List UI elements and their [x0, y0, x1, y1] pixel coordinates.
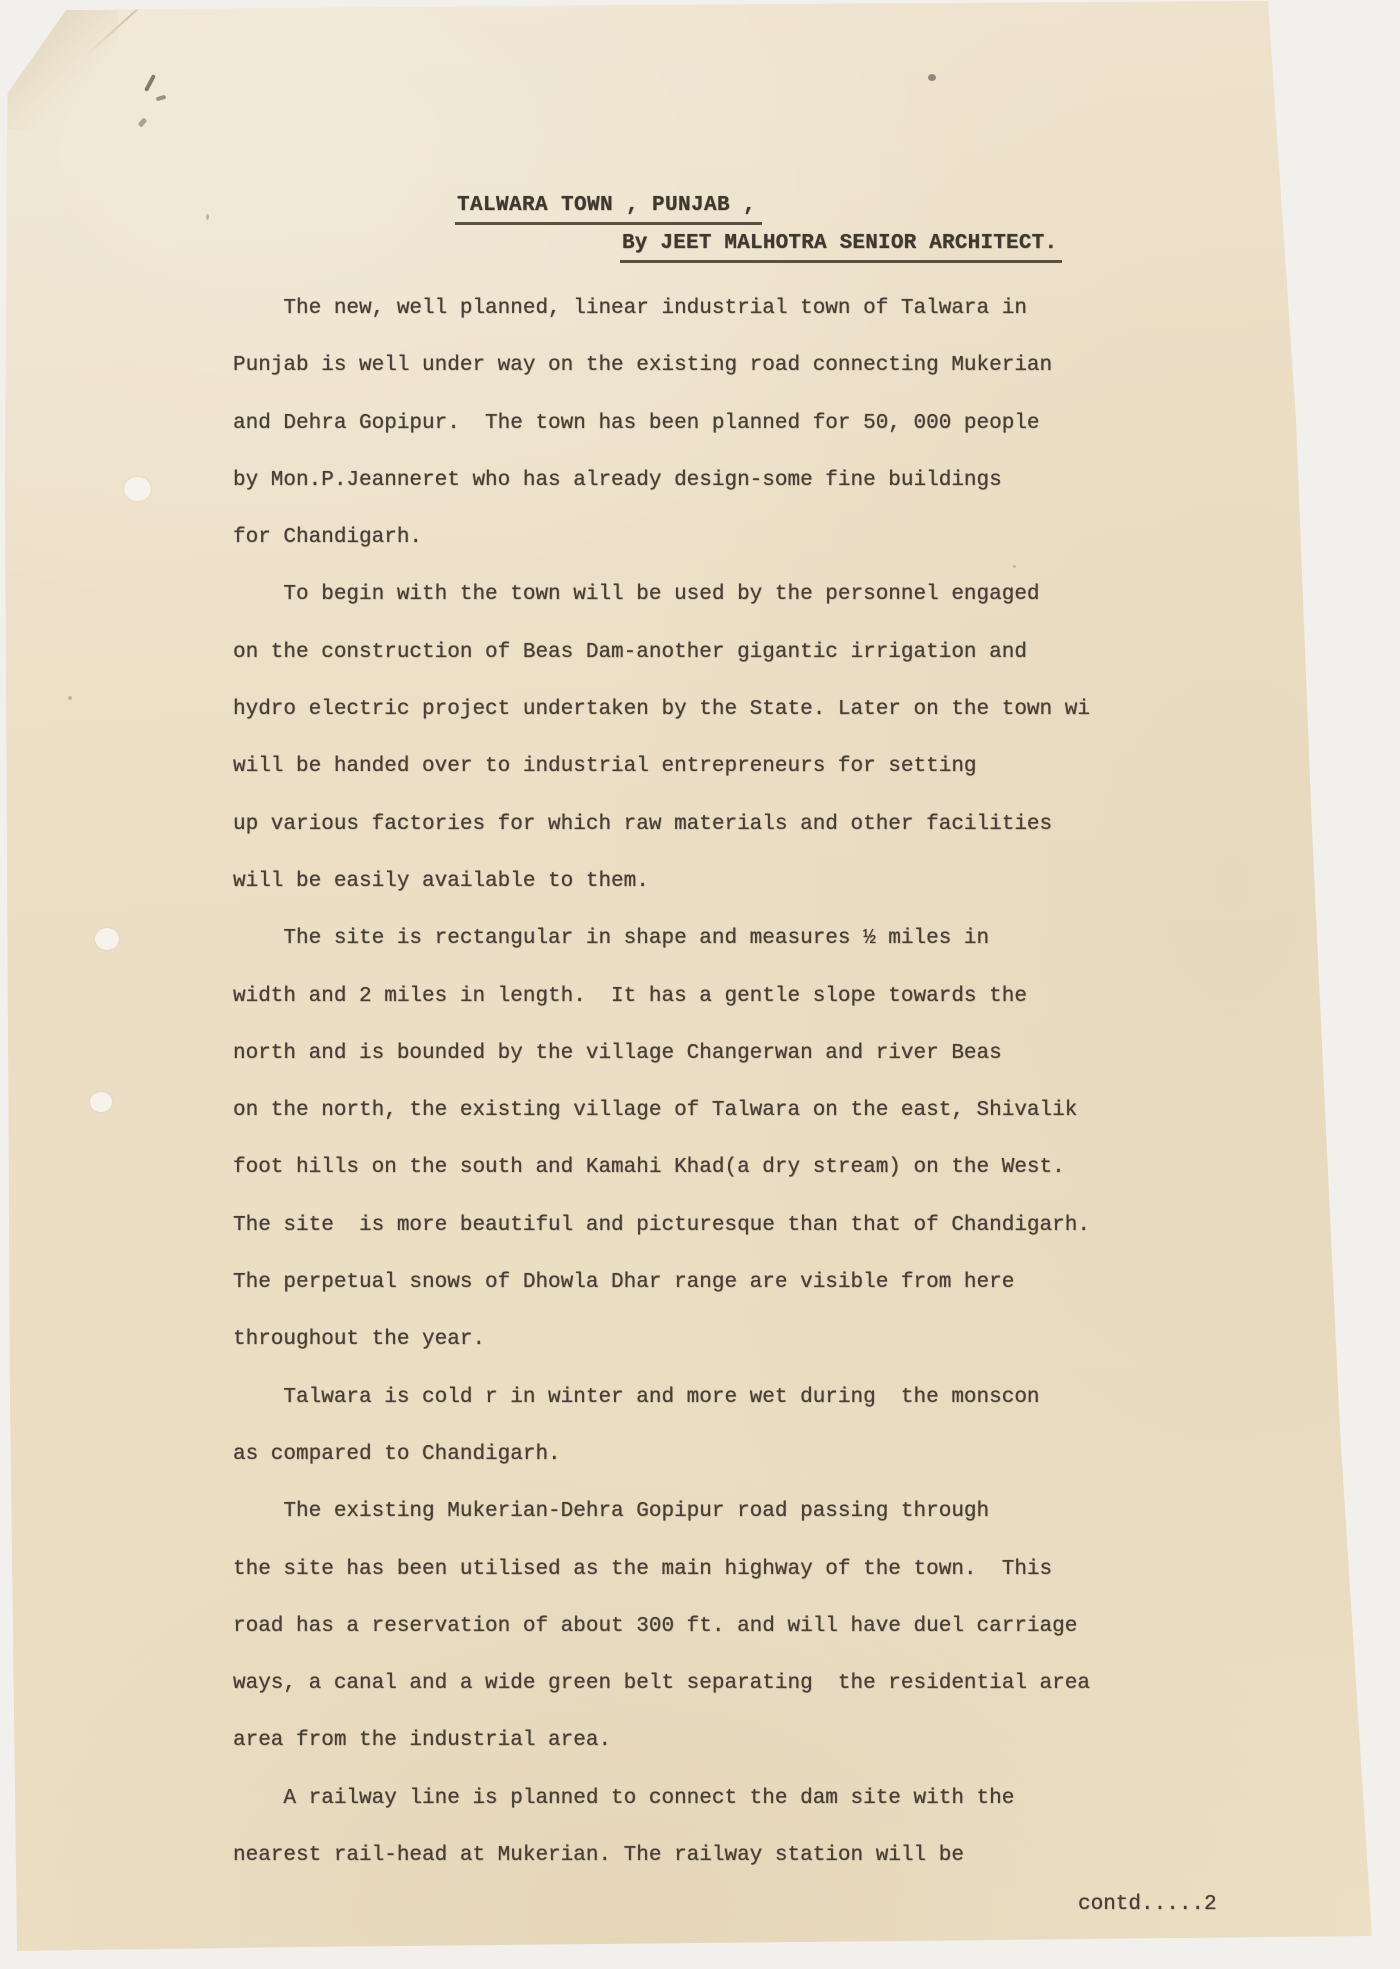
document-page: TALWARA TOWN , PUNJAB , By JEET MALHOTRA… [0, 0, 1400, 1969]
text-line: up various factories for which raw mater… [233, 796, 1333, 853]
scan-background: TALWARA TOWN , PUNJAB , By JEET MALHOTRA… [0, 0, 1400, 1969]
punch-hole [95, 928, 119, 950]
punch-hole [90, 1092, 112, 1112]
text-line: Talwara is cold r in winter and more wet… [233, 1369, 1333, 1426]
text-line: width and 2 miles in length. It has a ge… [233, 968, 1333, 1025]
text-line: by Mon.P.Jeanneret who has already desig… [233, 452, 1333, 509]
document-byline: By JEET MALHOTRA SENIOR ARCHITECT. [620, 233, 1062, 263]
text-line: nearest rail-head at Mukerian. The railw… [233, 1827, 1333, 1884]
text-line: The new, well planned, linear industrial… [233, 280, 1333, 337]
text-line: and Dehra Gopipur. The town has been pla… [233, 395, 1333, 452]
dust-speck [928, 74, 936, 81]
text-line: The site is more beautiful and picturesq… [233, 1197, 1333, 1254]
text-line: will be handed over to industrial entrep… [233, 738, 1333, 795]
dust-speck [68, 696, 72, 700]
text-line: for Chandigarh. [233, 509, 1333, 566]
text-line: A railway line is planned to connect the… [233, 1770, 1333, 1827]
text-line: throughout the year. [233, 1311, 1333, 1368]
continuation-note: contd.....2 [1078, 1894, 1217, 1915]
dust-speck [1013, 565, 1016, 568]
text-line: Punjab is well under way on the existing… [233, 337, 1333, 394]
document-body: The new, well planned, linear industrial… [233, 280, 1333, 1884]
text-line: the site has been utilised as the main h… [233, 1541, 1333, 1598]
text-line: on the construction of Beas Dam-another … [233, 624, 1333, 681]
text-line: The existing Mukerian-Dehra Gopipur road… [233, 1483, 1333, 1540]
text-line: foot hills on the south and Kamahi Khad(… [233, 1139, 1333, 1196]
text-line: ways, a canal and a wide green belt sepa… [233, 1655, 1333, 1712]
text-line: will be easily available to them. [233, 853, 1333, 910]
ink-mark [156, 95, 167, 101]
document-title: TALWARA TOWN , PUNJAB , [455, 195, 762, 225]
text-line: on the north, the existing village of Ta… [233, 1082, 1333, 1139]
folded-corner-shading [8, 10, 118, 130]
text-line: To begin with the town will be used by t… [233, 566, 1333, 623]
ink-mark [144, 74, 156, 92]
ink-mark [138, 117, 148, 127]
text-line: road has a reservation of about 300 ft. … [233, 1598, 1333, 1655]
text-line: north and is bounded by the village Chan… [233, 1025, 1333, 1082]
punch-hole [124, 477, 151, 501]
text-line: hydro electric project undertaken by the… [233, 681, 1333, 738]
dust-speck [206, 214, 209, 220]
text-line: The site is rectangular in shape and mea… [233, 910, 1333, 967]
text-line: The perpetual snows of Dhowla Dhar range… [233, 1254, 1333, 1311]
text-line: area from the industrial area. [233, 1712, 1333, 1769]
text-line: as compared to Chandigarh. [233, 1426, 1333, 1483]
